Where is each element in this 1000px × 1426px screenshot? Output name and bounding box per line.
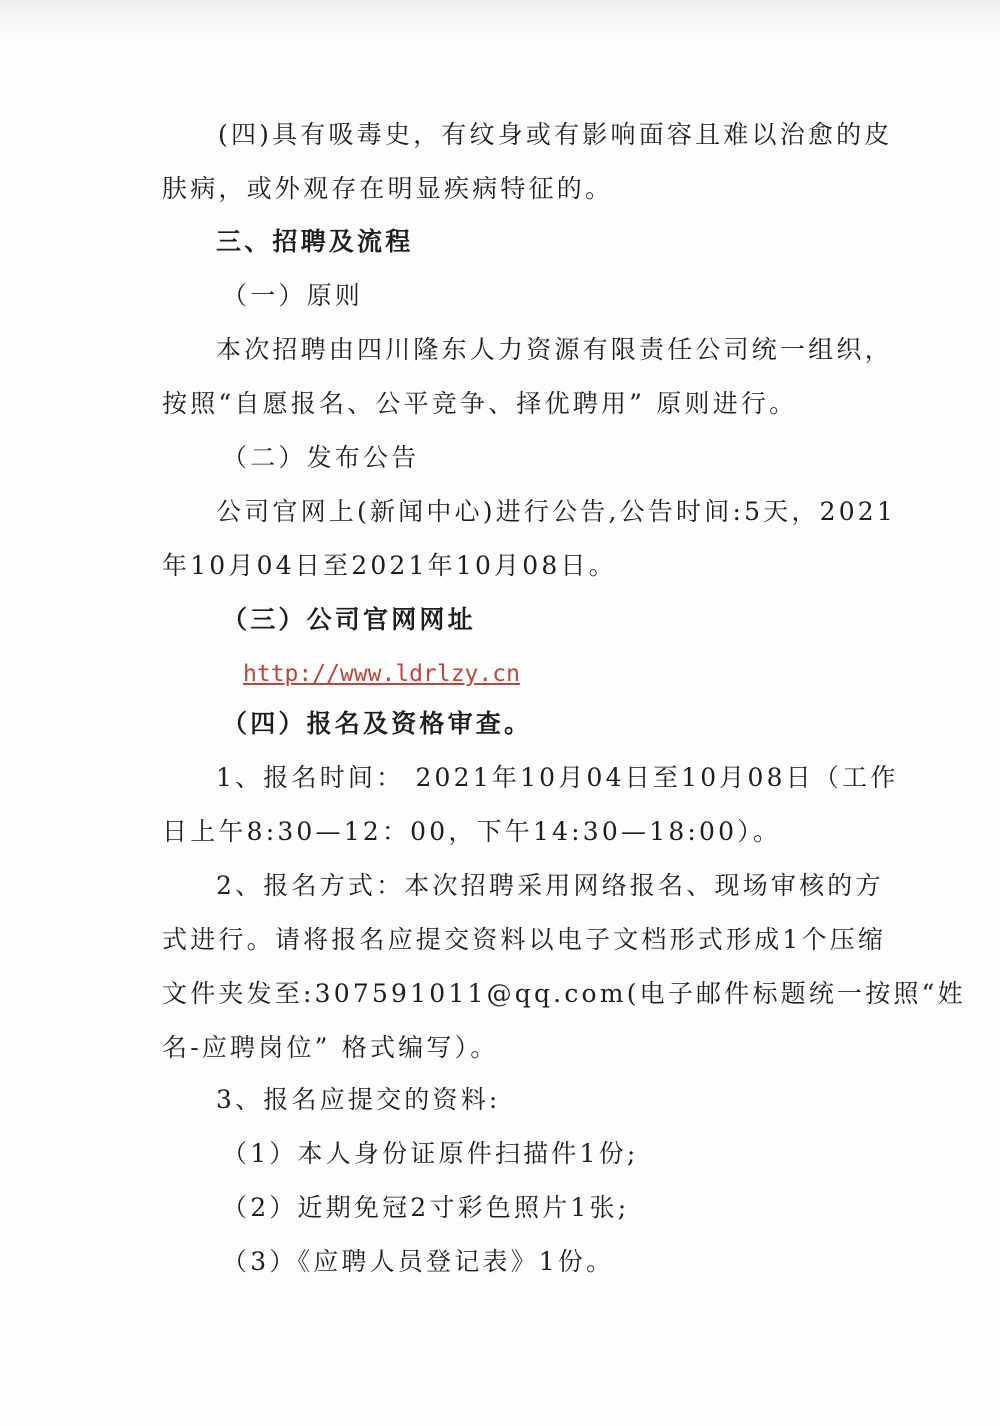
item1-registration-time-line1: 1、报名时间： 2021年10月04日至10月08日（工作: [216, 761, 899, 795]
paragraph-principle-line2: 按照“自愿报名、公平竞争、择优聘用” 原则进行。: [162, 387, 797, 421]
item3-material-registration-form: （3）《应聘人员登记表》1份。: [222, 1245, 614, 1279]
scan-edge-shadow: [0, 0, 1000, 40]
subheading-registration-review: （四）报名及资格审查。: [222, 707, 532, 741]
item2-registration-method-line4: 名-应聘岗位” 格式编写）。: [162, 1031, 498, 1065]
paragraph-disqualification-4-line2: 肤病，或外观存在明显疾病特征的。: [162, 172, 613, 206]
section-heading-recruitment-process: 三、招聘及流程: [216, 225, 413, 259]
scanned-document-page: (四)具有吸毒史，有纹身或有影响面容且难以治愈的皮 肤病，或外观存在明显疾病特征…: [0, 0, 1000, 1426]
item3-material-id-card: （1）本人身份证原件扫描件1份;: [222, 1137, 638, 1171]
paragraph-principle-line1: 本次招聘由四川隆东人力资源有限责任公司统一组织，: [216, 333, 893, 367]
subheading-company-website: （三）公司官网网址: [222, 603, 476, 637]
item3-material-photo: （2）近期免冠2寸彩色照片1张;: [222, 1191, 629, 1225]
paragraph-announcement-line2: 年10月04日至2021年10月08日。: [162, 549, 617, 583]
item2-registration-method-line3: 文件夹发至:307591011@qq.com(电子邮件标题统一按照“姓: [162, 977, 966, 1011]
item3-required-materials-heading: 3、报名应提交的资料:: [216, 1083, 501, 1117]
paragraph-disqualification-4-line1: (四)具有吸毒史，有纹身或有影响面容且难以治愈的皮: [218, 118, 893, 152]
item1-registration-time-line2: 日上午8:30—12：00，下午14:30—18:00）。: [162, 815, 781, 849]
item2-registration-method-line2: 式进行。请将报名应提交资料以电子文档形式形成1个压缩: [162, 923, 886, 957]
paragraph-announcement-line1: 公司官网上(新闻中心)进行公告,公告时间:5天，2021: [216, 495, 896, 529]
subheading-announcement: （二）发布公告: [222, 441, 419, 475]
subheading-principle: （一）原则: [222, 279, 363, 313]
company-website-link[interactable]: http://www.ldrlzy.cn: [243, 657, 520, 691]
item2-registration-method-line1: 2、报名方式：本次招聘采用网络报名、现场审核的方: [216, 869, 884, 903]
